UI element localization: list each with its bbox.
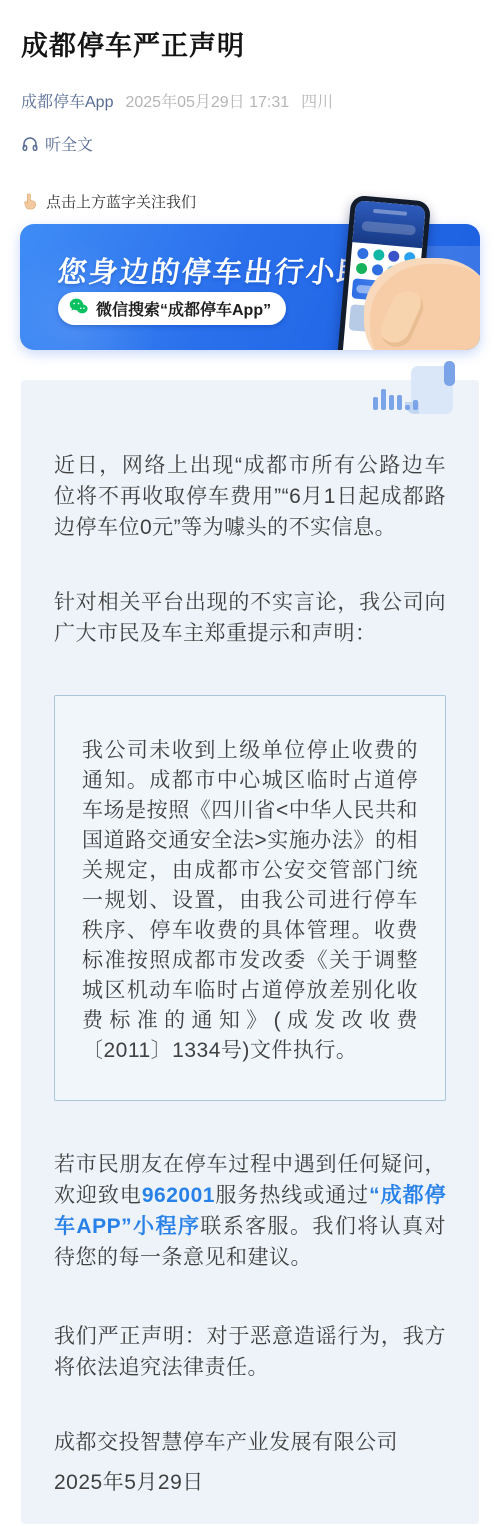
listen-full-text-button[interactable]: 听全文 (21, 132, 479, 155)
pointing-up-finger-icon (21, 192, 40, 211)
account-name[interactable]: 成都停车App (21, 89, 113, 112)
statement-quote-text: 我公司未收到上级单位停止收费的通知。成都市中心城区临时占道停车场是按照《四川省<… (82, 736, 418, 1066)
page-title: 成都停车严正声明 (21, 24, 479, 63)
promo-banner[interactable]: 您身边的停车出行小助手 微信搜索“成都停车App” (20, 224, 480, 350)
byline: 成都停车App 2025年05月29日 17:31 四川 (21, 89, 479, 112)
bar-chart-document-icon (373, 366, 453, 418)
article-header: 成都停车严正声明 成都停车App 2025年05月29日 17:31 四川 听全… (0, 0, 500, 155)
publish-date: 2025年05月29日 17:31 (125, 89, 289, 112)
listen-label: 听全文 (45, 132, 93, 155)
statement-quote-box: 我公司未收到上级单位停止收费的通知。成都市中心城区临时占道停车场是按照《四川省<… (54, 695, 446, 1101)
publish-region: 四川 (301, 89, 333, 112)
statement-card: 近日，网络上出现“成都市所有公路边车位将不再收取停车费用”“6月1日起成都路边停… (21, 380, 479, 1524)
paragraph-intro: 针对相关平台出现的不实言论，我公司向广大市民及车主郑重提示和声明： (54, 587, 446, 649)
hand-holding-phone-illustration (302, 190, 480, 350)
signature-company: 成都交投智慧停车产业发展有限公司 (54, 1427, 446, 1458)
paragraph-statement: 我们严正声明：对于恶意造谣行为，我方将依法追究法律责任。 (54, 1321, 446, 1383)
headphones-icon (21, 135, 39, 153)
hotline-number[interactable]: 962001 (142, 1184, 215, 1207)
signature-date: 2025年5月29日 (54, 1467, 446, 1498)
contact-part2: 服务热线或通过 (215, 1184, 369, 1207)
follow-hint-text: 点击上方蓝字关注我们 (46, 191, 196, 212)
paragraph-rumor: 近日，网络上出现“成都市所有公路边车位将不再收取停车费用”“6月1日起成都路边停… (54, 450, 446, 543)
paragraph-contact: 若市民朋友在停车过程中遇到任何疑问，欢迎致电962001服务热线或通过“成都停车… (54, 1149, 446, 1273)
wechat-icon (68, 296, 89, 322)
wechat-search-pill[interactable]: 微信搜索“成都停车App” (58, 292, 286, 325)
wechat-search-text: 微信搜索“成都停车App” (96, 297, 271, 320)
